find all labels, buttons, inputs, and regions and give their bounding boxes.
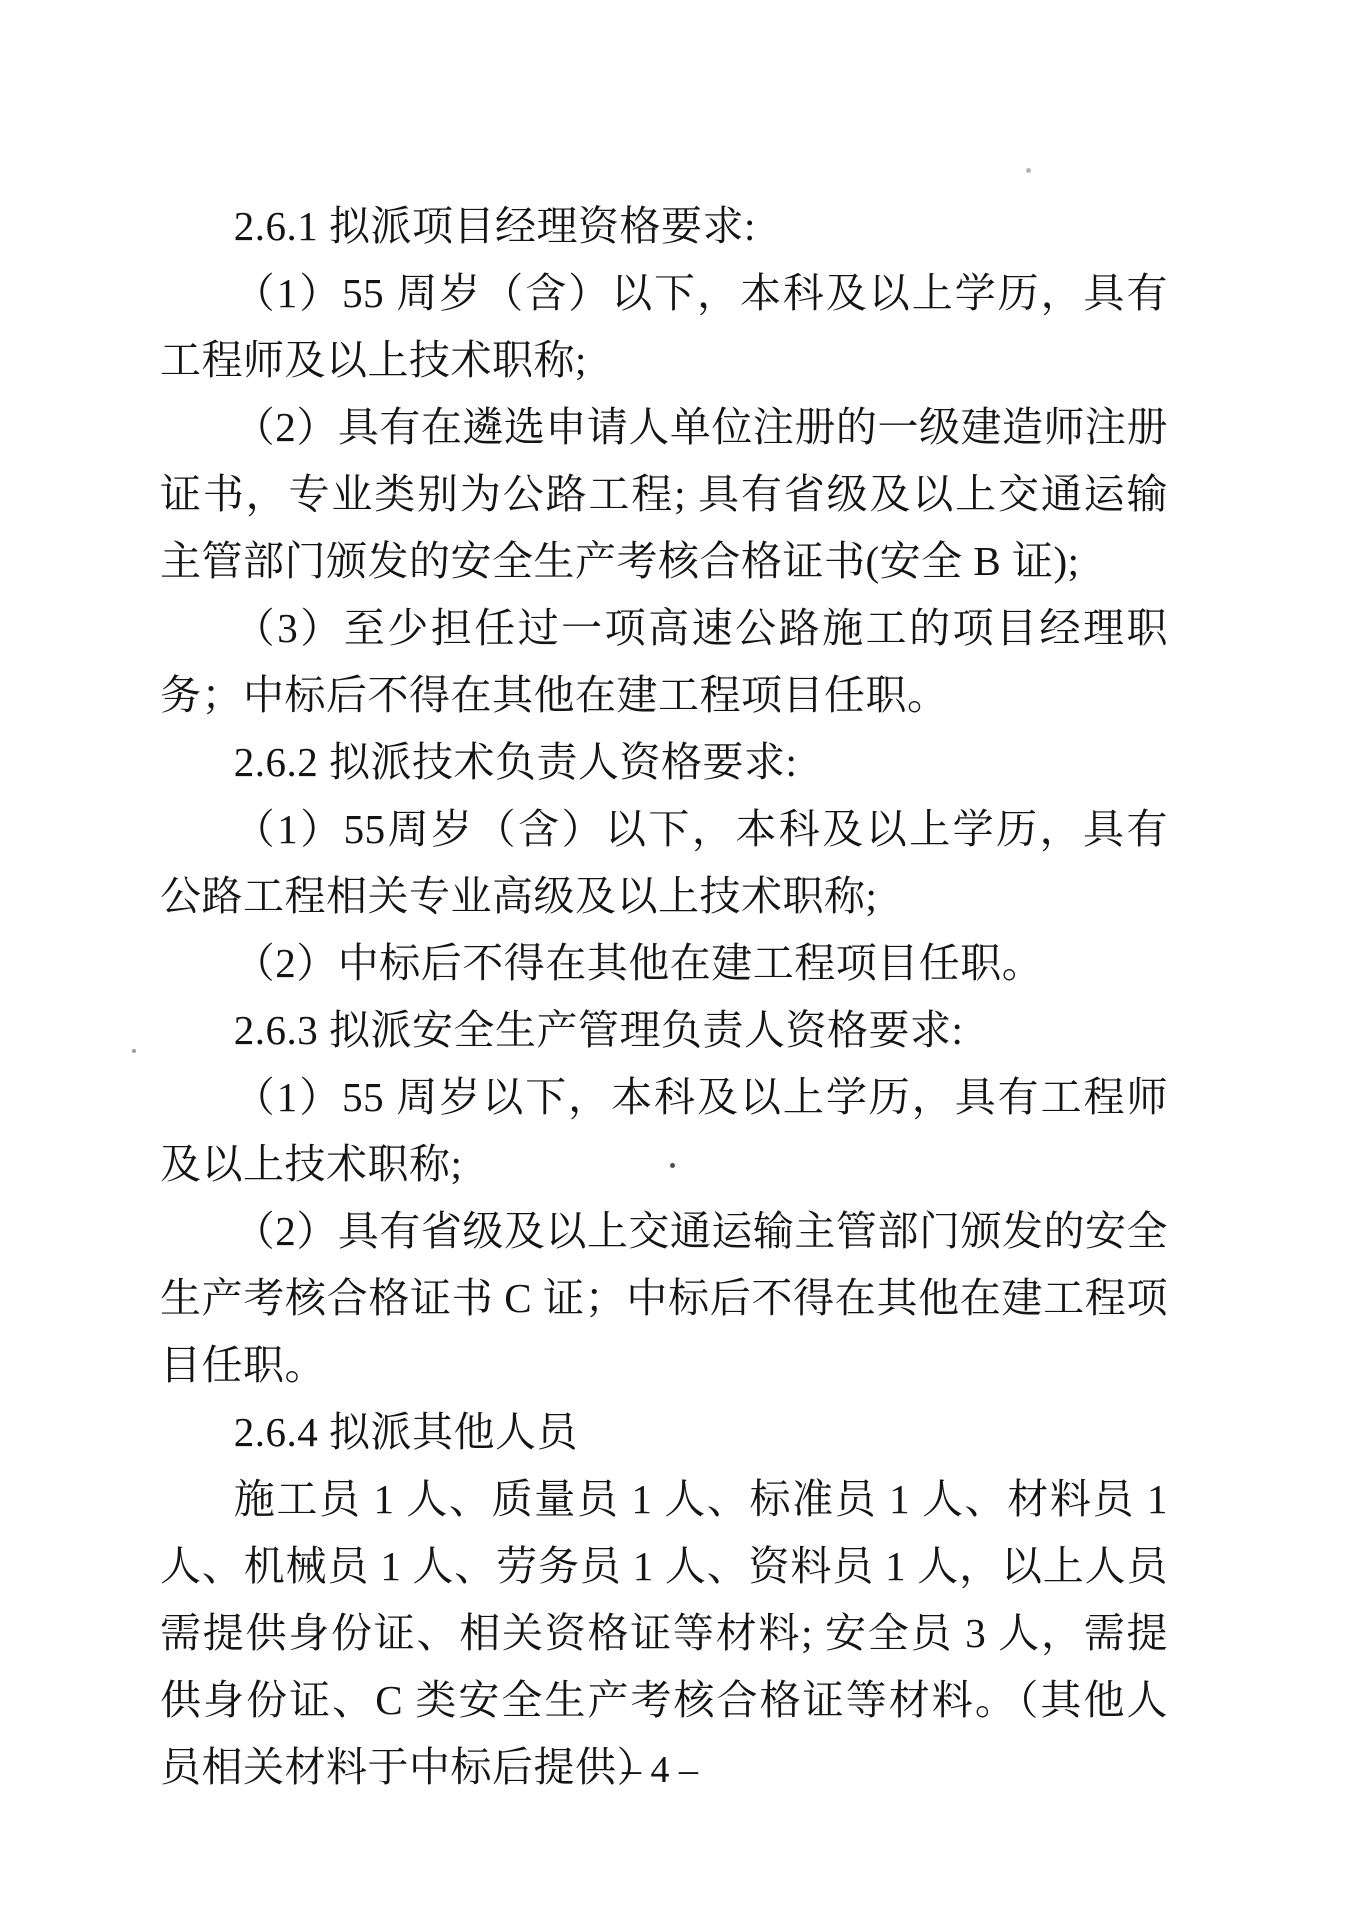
para-2-6-2-item-1: （1）55周岁（含）以下，本科及以上学历，具有公路工程相关专业高级及以上技术职称… <box>160 796 1168 930</box>
para-2-6-1-item-2: （2）具有在遴选申请人单位注册的一级建造师注册证书，专业类别为公路工程; 具有省… <box>160 394 1168 595</box>
section-heading-2-6-2: 2.6.2 拟派技术负责人资格要求: <box>160 729 1168 796</box>
page-number: – 4 – <box>0 1746 1335 1794</box>
scanned-document-page: 2.6.1 拟派项目经理资格要求: （1）55 周岁（含）以下，本科及以上学历，… <box>0 0 1350 1909</box>
para-2-6-2-item-2: （2）中标后不得在其他在建工程项目任职。 <box>160 930 1168 997</box>
scan-artifact-dot <box>1026 168 1031 173</box>
section-heading-2-6-3: 2.6.3 拟派安全生产管理负责人资格要求: <box>160 997 1168 1064</box>
para-2-6-1-item-3: （3）至少担任过一项高速公路施工的项目经理职务；中标后不得在其他在建工程项目任职… <box>160 595 1168 729</box>
para-2-6-3-item-1: （1）55 周岁以下，本科及以上学历，具有工程师及以上技术职称; <box>160 1064 1168 1198</box>
document-body: 2.6.1 拟派项目经理资格要求: （1）55 周岁（含）以下，本科及以上学历，… <box>160 193 1168 1801</box>
scan-artifact-dot <box>670 1163 675 1168</box>
section-heading-2-6-1: 2.6.1 拟派项目经理资格要求: <box>160 193 1168 260</box>
para-2-6-1-item-1: （1）55 周岁（含）以下，本科及以上学历，具有工程师及以上技术职称; <box>160 260 1168 394</box>
para-2-6-3-item-2: （2）具有省级及以上交通运输主管部门颁发的安全生产考核合格证书 C 证；中标后不… <box>160 1198 1168 1399</box>
section-heading-2-6-4: 2.6.4 拟派其他人员 <box>160 1399 1168 1466</box>
scan-artifact-dot <box>132 1049 136 1053</box>
